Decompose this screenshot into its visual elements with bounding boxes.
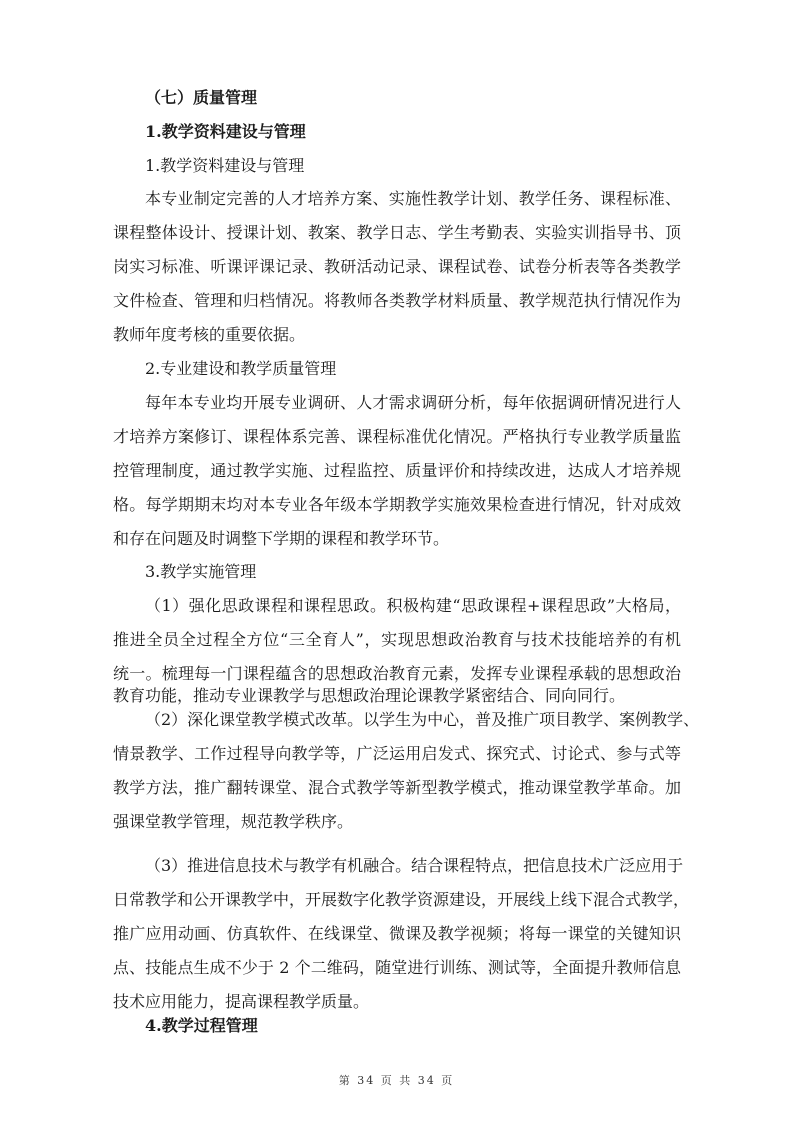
- paragraph-line: 教育功能，推动专业课教学与思想政治理论课教学紧密结合、同向同行。: [113, 686, 681, 706]
- paragraph-line: 课程整体设计、授课计划、教案、教学日志、学生考勤表、实验实训指导书、顶: [113, 223, 681, 243]
- paragraph-line: 教师年度考核的重要依据。: [113, 325, 681, 345]
- section-heading: （七）质量管理: [145, 88, 257, 108]
- paragraph-line: （2）深化课堂教学模式改革。以学生为中心，普及推广项目教学、案例教学、: [145, 710, 681, 730]
- paragraph-line: 日常教学和公开课教学中，开展数字化教学资源建设，开展线上线下混合式教学，: [113, 890, 681, 910]
- paragraph-line: 本专业制定完善的人才培养方案、实施性教学计划、教学任务、课程标准、: [145, 189, 681, 209]
- paragraph-line: 和存在问题及时调整下学期的课程和教学环节。: [113, 529, 681, 549]
- paragraph-line: 点、技能点生成不少于 2 个二维码，随堂进行训练、测试等，全面提升教师信息: [113, 958, 681, 978]
- subsection-heading-1: 1.教学资料建设与管理: [145, 122, 306, 142]
- item-1-title: 1.教学资料建设与管理: [145, 156, 304, 176]
- paragraph-line: 推进全员全过程全方位“三全育人”，实现思想政治教育与技术技能培养的有机: [113, 630, 681, 650]
- item-3-title: 3.教学实施管理: [145, 562, 256, 582]
- paragraph-line: 每年本专业均开展专业调研、人才需求调研分析，每年依据调研情况进行人: [145, 393, 681, 413]
- paragraph-line: 技术应用能力，提高课程教学质量。: [113, 992, 681, 1012]
- paragraph-line: 格。每学期期末均对本专业各年级本学期教学实施效果检查进行情况，针对成效: [113, 495, 681, 515]
- paragraph-line: 才培养方案修订、课程体系完善、课程标准优化情况。严格执行专业教学质量监: [113, 427, 681, 447]
- item-2-title: 2.专业建设和教学质量管理: [145, 359, 336, 379]
- page-number-footer: 第 34 页 共 34 页: [0, 1072, 793, 1088]
- paragraph-line: 教学方法，推广翻转课堂、混合式教学等新型教学模式，推动课堂教学革命。加: [113, 778, 681, 798]
- paragraph-line: 文件检查、管理和归档情况。将教师各类教学材料质量、教学规范执行情况作为: [113, 291, 681, 311]
- paragraph-line: 统一。梳理每一门课程蕴含的思想政治教育元素，发挥专业课程承载的思想政治: [113, 664, 681, 684]
- paragraph-line: （1）强化思政课程和课程思政。积极构建“思政课程+课程思政”大格局，: [145, 596, 681, 616]
- paragraph-line: 控管理制度，通过教学实施、过程监控、质量评价和持续改进，达成人才培养规: [113, 461, 681, 481]
- paragraph-line: 推广应用动画、仿真软件、在线课堂、微课及教学视频；将每一课堂的关键知识: [113, 924, 681, 944]
- paragraph-line: 强课堂教学管理，规范教学秩序。: [113, 812, 681, 832]
- paragraph-line: 情景教学、工作过程导向教学等，广泛运用启发式、探究式、讨论式、参与式等: [113, 744, 681, 764]
- paragraph-line: （3）推进信息技术与教学有机融合。结合课程特点，把信息技术广泛应用于: [145, 856, 681, 876]
- paragraph-line: 岗实习标准、听课评课记录、教研活动记录、课程试卷、试卷分析表等各类教学: [113, 257, 681, 277]
- subsection-heading-4: 4.教学过程管理: [145, 1016, 258, 1036]
